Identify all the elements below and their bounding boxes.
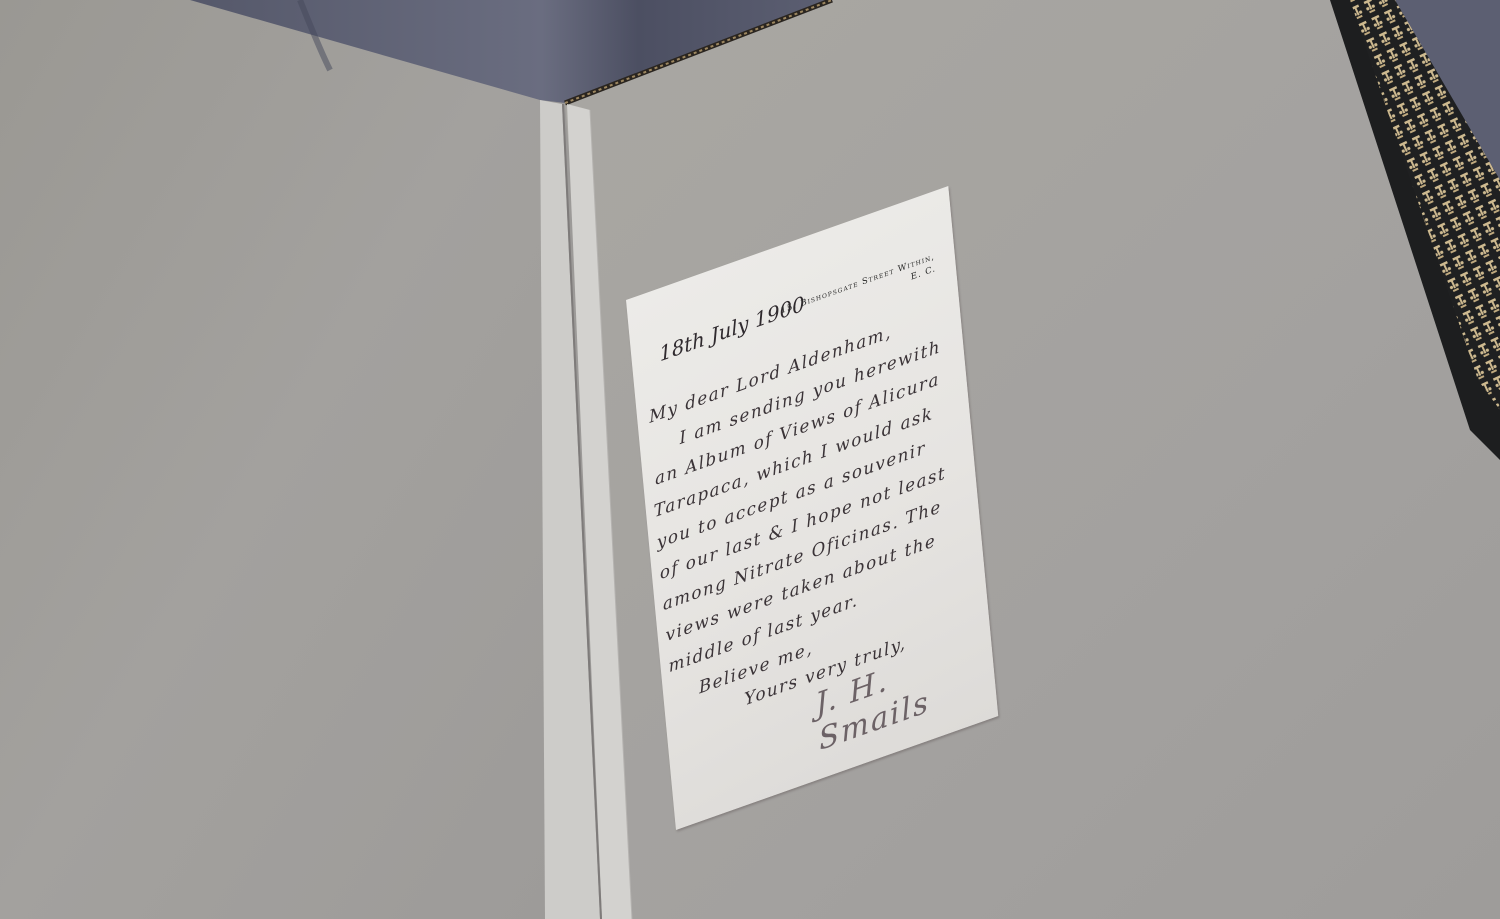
photo-scene: 18th July 1900 15, Bishopsgate Street Wi… xyxy=(0,0,1500,919)
left-page xyxy=(0,0,545,919)
handwritten-letter: 18th July 1900 15, Bishopsgate Street Wi… xyxy=(626,186,998,830)
letterhead-line1: 15, Bishopsgate Street Within, xyxy=(778,251,935,318)
